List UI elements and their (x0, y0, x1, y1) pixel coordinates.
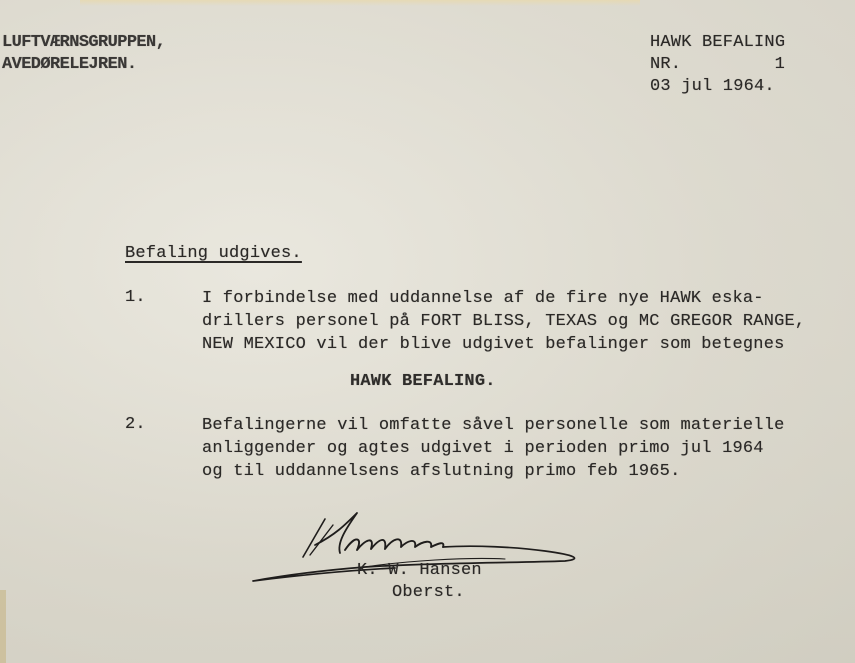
paragraph-1: I forbindelse med uddannelse af de fire … (202, 287, 805, 356)
paragraph-2: Befalingerne vil omfatte såvel personell… (202, 414, 785, 483)
sender-line-1: LUFTVÆRNSGRUPPEN, (2, 32, 165, 54)
paragraph-1-line: I forbindelse med uddannelse af de fire … (202, 287, 805, 310)
signatory-rank: Oberst. (392, 582, 465, 604)
subject-heading: Befaling udgives. (125, 243, 302, 265)
paragraph-2-line: Befalingerne vil omfatte såvel personell… (202, 414, 785, 437)
paragraph-2-line: anliggender og agtes udgivet i perioden … (202, 437, 785, 460)
sender-block: LUFTVÆRNSGRUPPEN,AVEDØRELEJREN. (2, 32, 165, 76)
sender-line-2: AVEDØRELEJREN. (2, 54, 165, 76)
paragraph-2-number: 2. (125, 414, 146, 436)
order-title: HAWK BEFALING (650, 32, 785, 54)
paragraph-1-number: 1. (125, 287, 146, 309)
paper-top-edge (80, 0, 640, 6)
paragraph-1-line: NEW MEXICO vil der blive udgivet befalin… (202, 333, 805, 356)
paragraph-1-line: drillers personel på FORT BLISS, TEXAS o… (202, 310, 805, 333)
paragraph-2-line: og til uddannelsens afslutning primo feb… (202, 460, 785, 483)
paper-left-edge (0, 590, 6, 663)
order-date: 03 jul 1964. (650, 76, 785, 98)
centered-order-title: HAWK BEFALING. (350, 371, 496, 393)
signatory-name: K. W. Hansen (357, 560, 482, 582)
order-number-value: 1 (775, 54, 785, 76)
order-number-label: NR. (650, 54, 681, 76)
order-number-row: NR.1 (650, 54, 785, 76)
order-header-block: HAWK BEFALINGNR.103 jul 1964. (650, 32, 785, 98)
